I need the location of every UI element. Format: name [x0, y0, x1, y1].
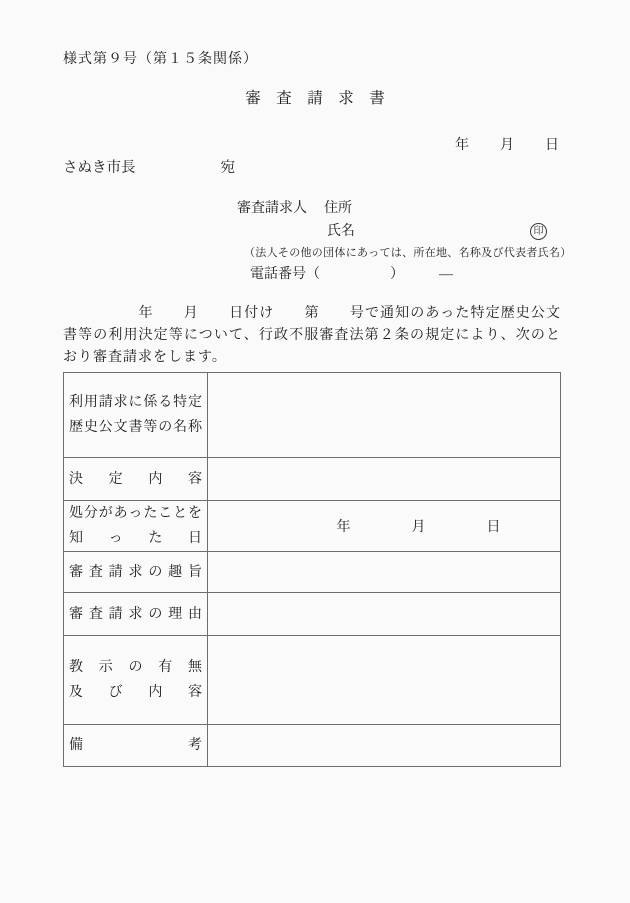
table-row: 教示の有無及び内容	[64, 636, 561, 725]
field-label-line: 決定内容	[69, 467, 202, 492]
table-row: 審査請求の理由	[64, 593, 561, 636]
page-title: 審 査 請 求 書	[0, 86, 630, 108]
field-value-cell	[208, 552, 561, 593]
applicant-name-label: 氏名	[327, 223, 355, 240]
field-label-line: 審査請求の趣旨	[69, 560, 202, 585]
addressee-line: さぬき市長宛	[63, 156, 235, 177]
table-row: 備考	[64, 725, 561, 767]
field-value-cell: 年 月 日	[208, 501, 561, 552]
request-fields-table-body: 利用請求に係る特定歴史公文書等の名称決定内容処分があったことを知った日年 月 日…	[64, 373, 561, 767]
seal-icon: 印	[530, 223, 547, 240]
field-label-cell: 教示の有無及び内容	[64, 636, 208, 725]
body-paragraph: 年 月 日付け 第 号で通知のあった特定歴史公文書等の利用決定等について、行政不…	[63, 303, 561, 369]
field-label-line: 歴史公文書等の名称	[69, 415, 202, 440]
table-row: 決定内容	[64, 458, 561, 501]
document-page: 様式第９号（第１５条関係） 審 査 請 求 書 年 月 日 さぬき市長宛 審査請…	[0, 0, 630, 903]
field-label-line: 及び内容	[69, 680, 202, 705]
field-label-line: 知った日	[69, 526, 202, 551]
date-blank-line: 年 月 日	[63, 134, 560, 154]
table-row: 審査請求の趣旨	[64, 552, 561, 593]
field-label-line: 利用請求に係る特定	[69, 390, 202, 415]
field-value-cell	[208, 458, 561, 501]
field-value-cell	[208, 725, 561, 767]
field-label-cell: 備考	[64, 725, 208, 767]
applicant-role-label: 審査請求人	[237, 201, 307, 216]
field-value-cell	[208, 636, 561, 725]
field-value-cell	[208, 593, 561, 636]
applicant-name-line: 氏名 印	[327, 223, 547, 240]
field-label-line: 審査請求の理由	[69, 602, 202, 627]
field-value-cell	[208, 373, 561, 458]
field-label-cell: 審査請求の趣旨	[64, 552, 208, 593]
phone-blank-line: 電話番号（ ） ―	[250, 266, 547, 283]
addressee-suffix: 宛	[221, 160, 236, 176]
field-label-line: 教示の有無	[69, 655, 202, 680]
field-label-cell: 処分があったことを知った日	[64, 501, 208, 552]
corporate-note: （法人その他の団体にあっては、所在地、名称及び代表者氏名）	[244, 246, 547, 260]
request-fields-table: 利用請求に係る特定歴史公文書等の名称決定内容処分があったことを知った日年 月 日…	[63, 372, 561, 767]
form-number: 様式第９号（第１５条関係）	[63, 48, 258, 68]
applicant-role-address-line: 審査請求人住所	[237, 201, 547, 217]
field-label-cell: 決定内容	[64, 458, 208, 501]
field-label-cell: 利用請求に係る特定歴史公文書等の名称	[64, 373, 208, 458]
table-row: 利用請求に係る特定歴史公文書等の名称	[64, 373, 561, 458]
table-row: 処分があったことを知った日年 月 日	[64, 501, 561, 552]
field-label-line: 備考	[69, 733, 202, 758]
applicant-address-label: 住所	[324, 201, 352, 216]
applicant-block: 審査請求人住所 氏名 印 （法人その他の団体にあっては、所在地、名称及び代表者氏…	[237, 201, 547, 283]
field-label-cell: 審査請求の理由	[64, 593, 208, 636]
addressee-name: さぬき市長	[63, 160, 136, 176]
field-label-line: 処分があったことを	[69, 501, 202, 526]
